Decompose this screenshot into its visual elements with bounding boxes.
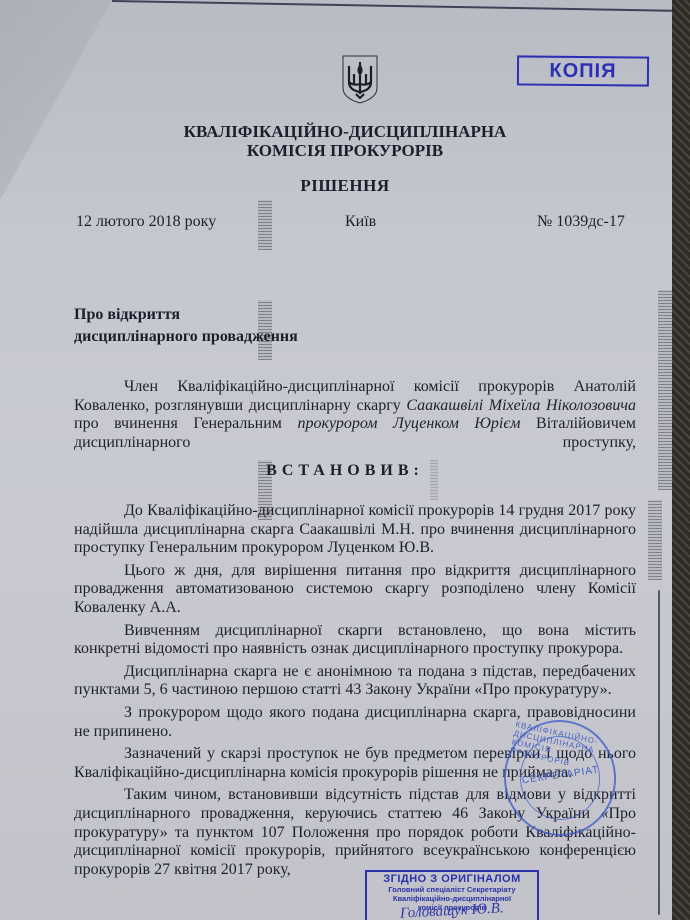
intro-text: про вчинення Генеральним (74, 415, 297, 432)
page-fold (0, 0, 112, 200)
scan-artifact (258, 200, 272, 250)
scan-artifact (658, 290, 672, 490)
prosecutor-name: прокурором Луценком Юрієм (297, 415, 520, 432)
findings-paragraph: Цього ж дня, для вирішення питання про в… (74, 562, 636, 618)
certification-line: Кваліфікаційно-дисциплінарної (367, 894, 537, 903)
findings-paragraph: Дисциплінарна скарга не є анонімною та п… (74, 663, 636, 700)
document-city: Київ (345, 213, 376, 231)
scan-artifact (648, 500, 662, 580)
document-subject: Про відкриття дисциплінарного провадженн… (74, 304, 298, 348)
page-top-edge (112, 0, 672, 24)
document-date: 12 лютого 2018 року (76, 213, 216, 231)
organization-name-line1: КВАЛІФІКАЦІЙНО-ДИСЦИПЛІНАРНА (0, 122, 690, 142)
page-right-edge (658, 590, 660, 915)
trident-emblem-icon (341, 54, 379, 104)
intro-paragraph: Член Кваліфікаційно-дисциплінарної коміс… (74, 378, 636, 452)
organization-name-line2: КОМІСІЯ ПРОКУРОРІВ (0, 141, 690, 161)
copy-stamp: КОПІЯ (517, 55, 649, 86)
certification-line: Головний спеціаліст Секретаріату (367, 885, 537, 894)
document-title: РІШЕННЯ (0, 176, 690, 196)
complainant-name: Саакашвілі Міхеїла Ніколозовича (406, 397, 636, 414)
established-heading: ВСТАНОВИВ: (0, 462, 690, 480)
subject-line2: дисциплінарного провадження (74, 326, 298, 348)
document-number: № 1039дс-17 (537, 213, 625, 231)
certification-heading: ЗГІДНО З ОРИГІНАЛОМ (367, 873, 537, 885)
findings-paragraph: Вивченням дисциплінарної скарги встановл… (74, 622, 636, 659)
subject-line1: Про відкриття (74, 304, 298, 326)
findings-paragraph: До Кваліфікаційно-дисциплінарної комісії… (74, 502, 636, 558)
document-page: КОПІЯ КВАЛІФІКАЦІЙНО-ДИСЦИПЛІНАРНА КОМІС… (0, 0, 672, 920)
